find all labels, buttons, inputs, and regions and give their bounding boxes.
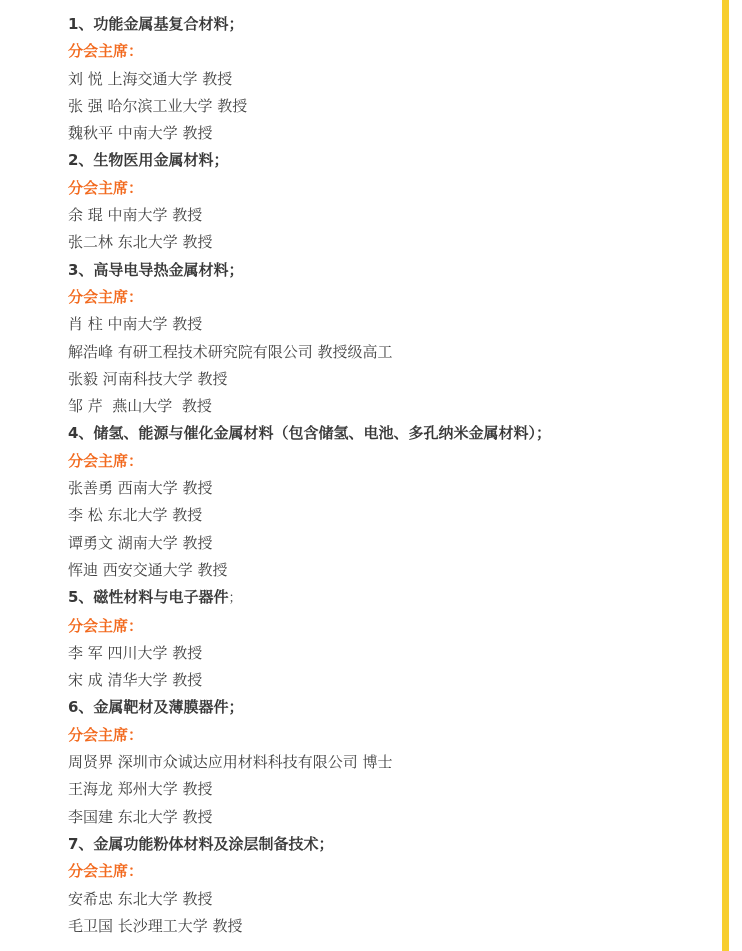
- chair-member: 恽迪 西安交通大学 教授: [68, 557, 688, 584]
- chair-label: 分会主席：: [68, 284, 688, 311]
- session-title-text: 3、高导电导热金属材料；: [68, 261, 243, 279]
- chair-member: 李 松 东北大学 教授: [68, 502, 688, 529]
- chair-member: 肖 柱 中南大学 教授: [68, 311, 688, 338]
- chair-label: 分会主席：: [68, 448, 688, 475]
- chair-member: 宋 成 清华大学 教授: [68, 667, 688, 694]
- page-accent-stripe: [722, 0, 729, 951]
- chair-member: 周贤界 深圳市众诚达应用材料科技有限公司 博士: [68, 749, 688, 776]
- session-section: 3、高导电导热金属材料；分会主席：肖 柱 中南大学 教授解浩峰 有研工程技术研究…: [68, 257, 688, 421]
- chair-member: 王海龙 郑州大学 教授: [68, 776, 688, 803]
- session-title-text: 7、金属功能粉体材料及涂层制备技术；: [68, 835, 333, 853]
- document-page: 1、功能金属基复合材料；分会主席：刘 悦 上海交通大学 教授张 强 哈尔滨工业大…: [0, 0, 742, 951]
- session-title-text: 5、磁性材料与电子器件: [68, 588, 228, 606]
- session-title: 2、生物医用金属材料；: [68, 147, 688, 174]
- chair-member: 张毅 河南科技大学 教授: [68, 366, 688, 393]
- chair-label: 分会主席：: [68, 722, 688, 749]
- session-title-text: 1、功能金属基复合材料；: [68, 15, 243, 33]
- session-title-text: 6、金属靶材及薄膜器件；: [68, 698, 243, 716]
- session-title-text: 4、储氢、能源与催化金属材料（包含储氢、电池、多孔纳米金属材料）；: [68, 424, 551, 442]
- chair-label: 分会主席：: [68, 613, 688, 640]
- chair-member: 刘 悦 上海交通大学 教授: [68, 66, 688, 93]
- chair-member: 李国建 东北大学 教授: [68, 804, 688, 831]
- chair-member: 解浩峰 有研工程技术研究院有限公司 教授级高工: [68, 339, 688, 366]
- chair-member: 余 琨 中南大学 教授: [68, 202, 688, 229]
- chair-member: 毛卫国 长沙理工大学 教授: [68, 913, 688, 940]
- session-title: 6、金属靶材及薄膜器件；: [68, 694, 688, 721]
- chair-member: 张二林 东北大学 教授: [68, 229, 688, 256]
- session-section: 2、生物医用金属材料；分会主席：余 琨 中南大学 教授张二林 东北大学 教授: [68, 147, 688, 256]
- session-title-suffix: ；: [228, 591, 241, 606]
- session-title: 5、磁性材料与电子器件；: [68, 584, 688, 612]
- chair-label: 分会主席：: [68, 175, 688, 202]
- chair-member: 谭勇文 湖南大学 教授: [68, 530, 688, 557]
- session-section: 5、磁性材料与电子器件；分会主席：李 军 四川大学 教授宋 成 清华大学 教授: [68, 584, 688, 694]
- session-section: 7、金属功能粉体材料及涂层制备技术；分会主席：安希忠 东北大学 教授毛卫国 长沙…: [68, 831, 688, 940]
- chair-member: 邹 芹 燕山大学 教授: [68, 393, 688, 420]
- session-title: 4、储氢、能源与催化金属材料（包含储氢、电池、多孔纳米金属材料）；: [68, 420, 688, 447]
- chair-label: 分会主席：: [68, 858, 688, 885]
- chair-member: 李 军 四川大学 教授: [68, 640, 688, 667]
- chair-member: 张善勇 西南大学 教授: [68, 475, 688, 502]
- chair-member: 安希忠 东北大学 教授: [68, 886, 688, 913]
- session-section: 1、功能金属基复合材料；分会主席：刘 悦 上海交通大学 教授张 强 哈尔滨工业大…: [68, 11, 688, 147]
- session-title-text: 2、生物医用金属材料；: [68, 151, 228, 169]
- session-title: 1、功能金属基复合材料；: [68, 11, 688, 38]
- session-title: 3、高导电导热金属材料；: [68, 257, 688, 284]
- session-title: 7、金属功能粉体材料及涂层制备技术；: [68, 831, 688, 858]
- chair-member: 张 强 哈尔滨工业大学 教授: [68, 93, 688, 120]
- chair-label: 分会主席：: [68, 38, 688, 65]
- session-list: 1、功能金属基复合材料；分会主席：刘 悦 上海交通大学 教授张 强 哈尔滨工业大…: [68, 11, 688, 940]
- session-section: 6、金属靶材及薄膜器件；分会主席：周贤界 深圳市众诚达应用材料科技有限公司 博士…: [68, 694, 688, 830]
- chair-member: 魏秋平 中南大学 教授: [68, 120, 688, 147]
- session-section: 4、储氢、能源与催化金属材料（包含储氢、电池、多孔纳米金属材料）；分会主席：张善…: [68, 420, 688, 584]
